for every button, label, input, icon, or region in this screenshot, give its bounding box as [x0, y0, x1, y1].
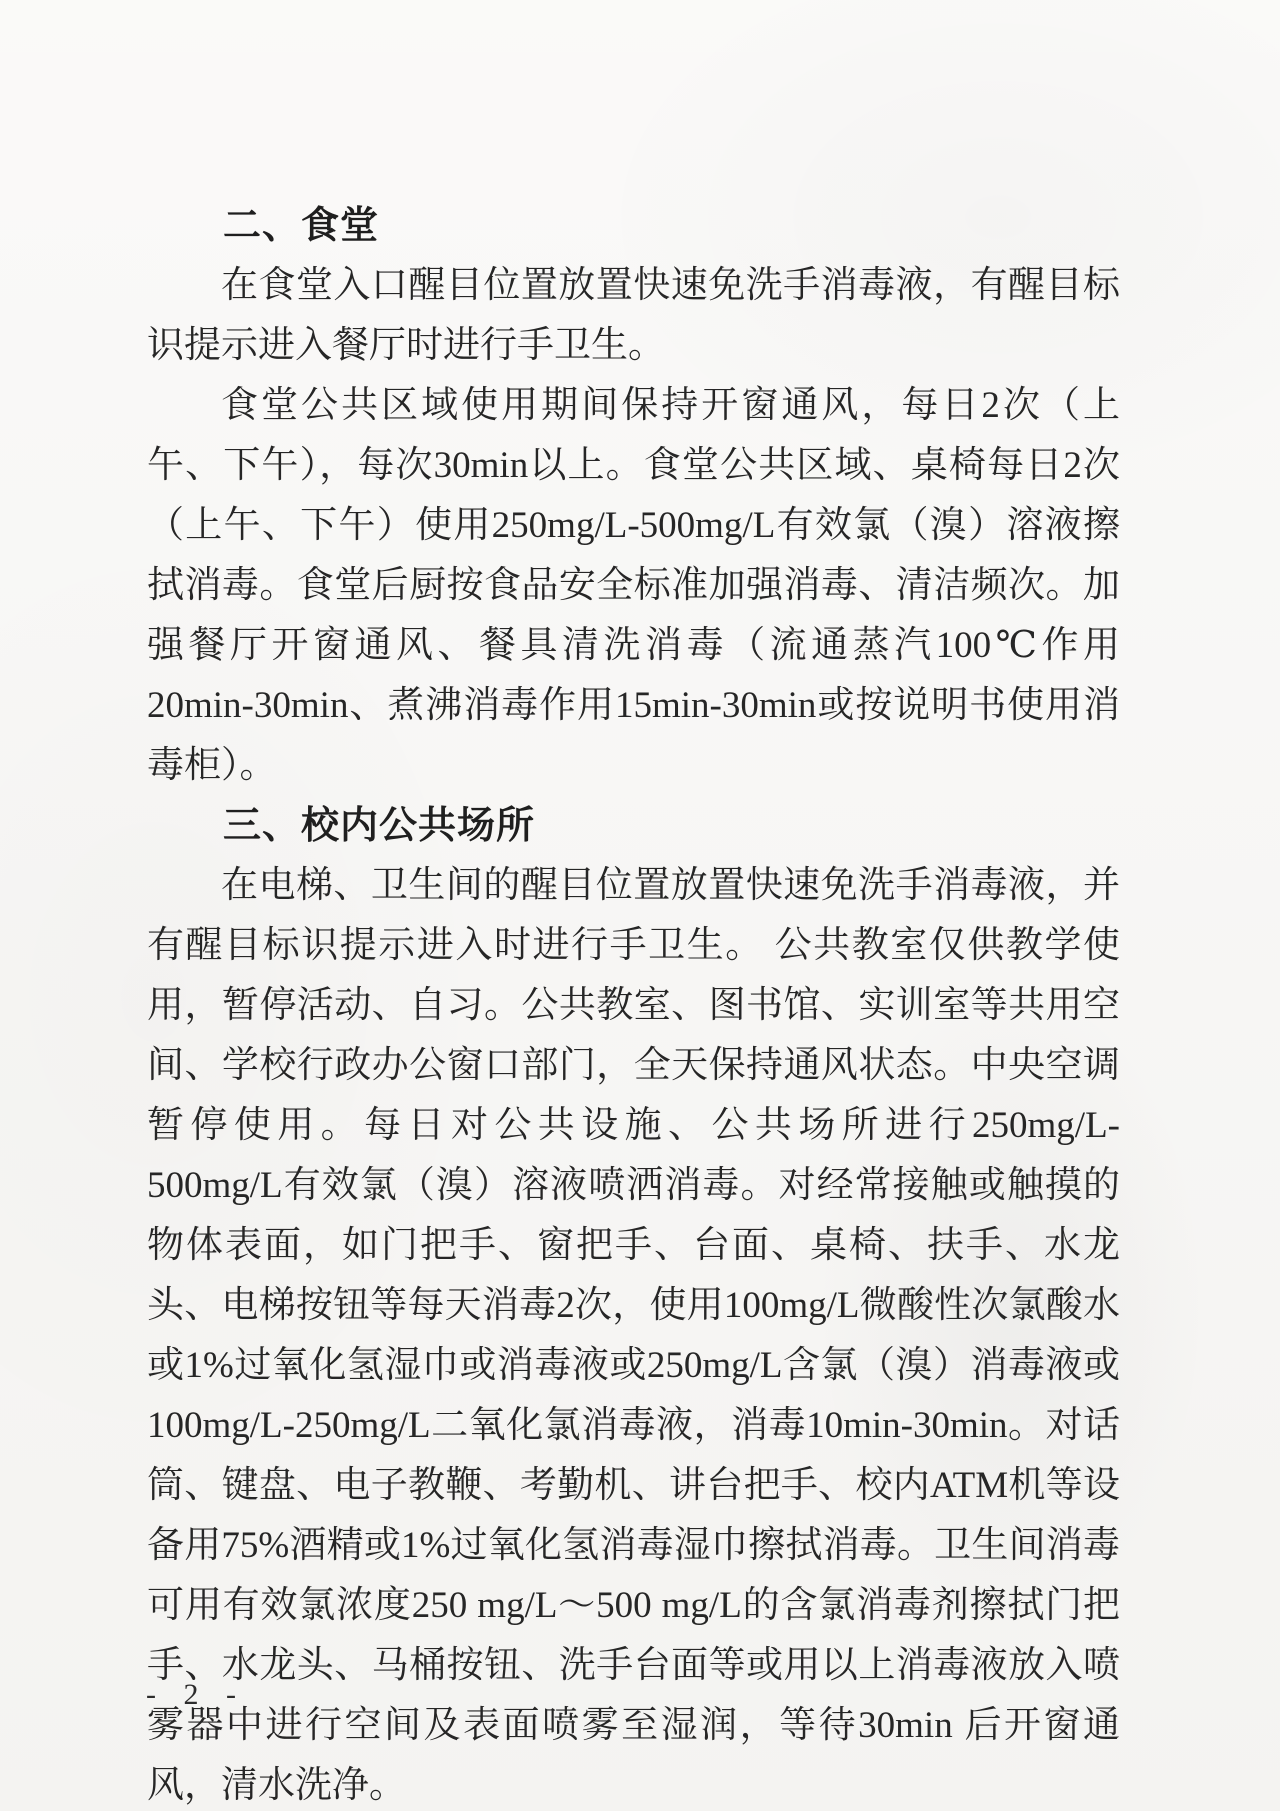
paragraph-canteen-ventilation-disinfection: 食堂公共区域使用期间保持开窗通风，每日2次（上午、下午），每次30min以上。食…: [147, 376, 1120, 796]
section-heading-campus-public-places: 三、校内公共场所: [147, 796, 1120, 856]
paragraph-public-places-disinfection: 在电梯、卫生间的醒目位置放置快速免洗手消毒液，并有醒目标识提示进入时进行手卫生。…: [147, 856, 1120, 1811]
paragraph-canteen-hand-sanitizer: 在食堂入口醒目位置放置快速免洗手消毒液，有醒目标识提示进入餐厅时进行手卫生。: [147, 256, 1120, 376]
section-heading-canteen: 二、食堂: [147, 196, 1120, 256]
page-number: - 2 -: [146, 1678, 246, 1712]
document-body: 二、食堂 在食堂入口醒目位置放置快速免洗手消毒液，有醒目标识提示进入餐厅时进行手…: [147, 196, 1120, 1811]
